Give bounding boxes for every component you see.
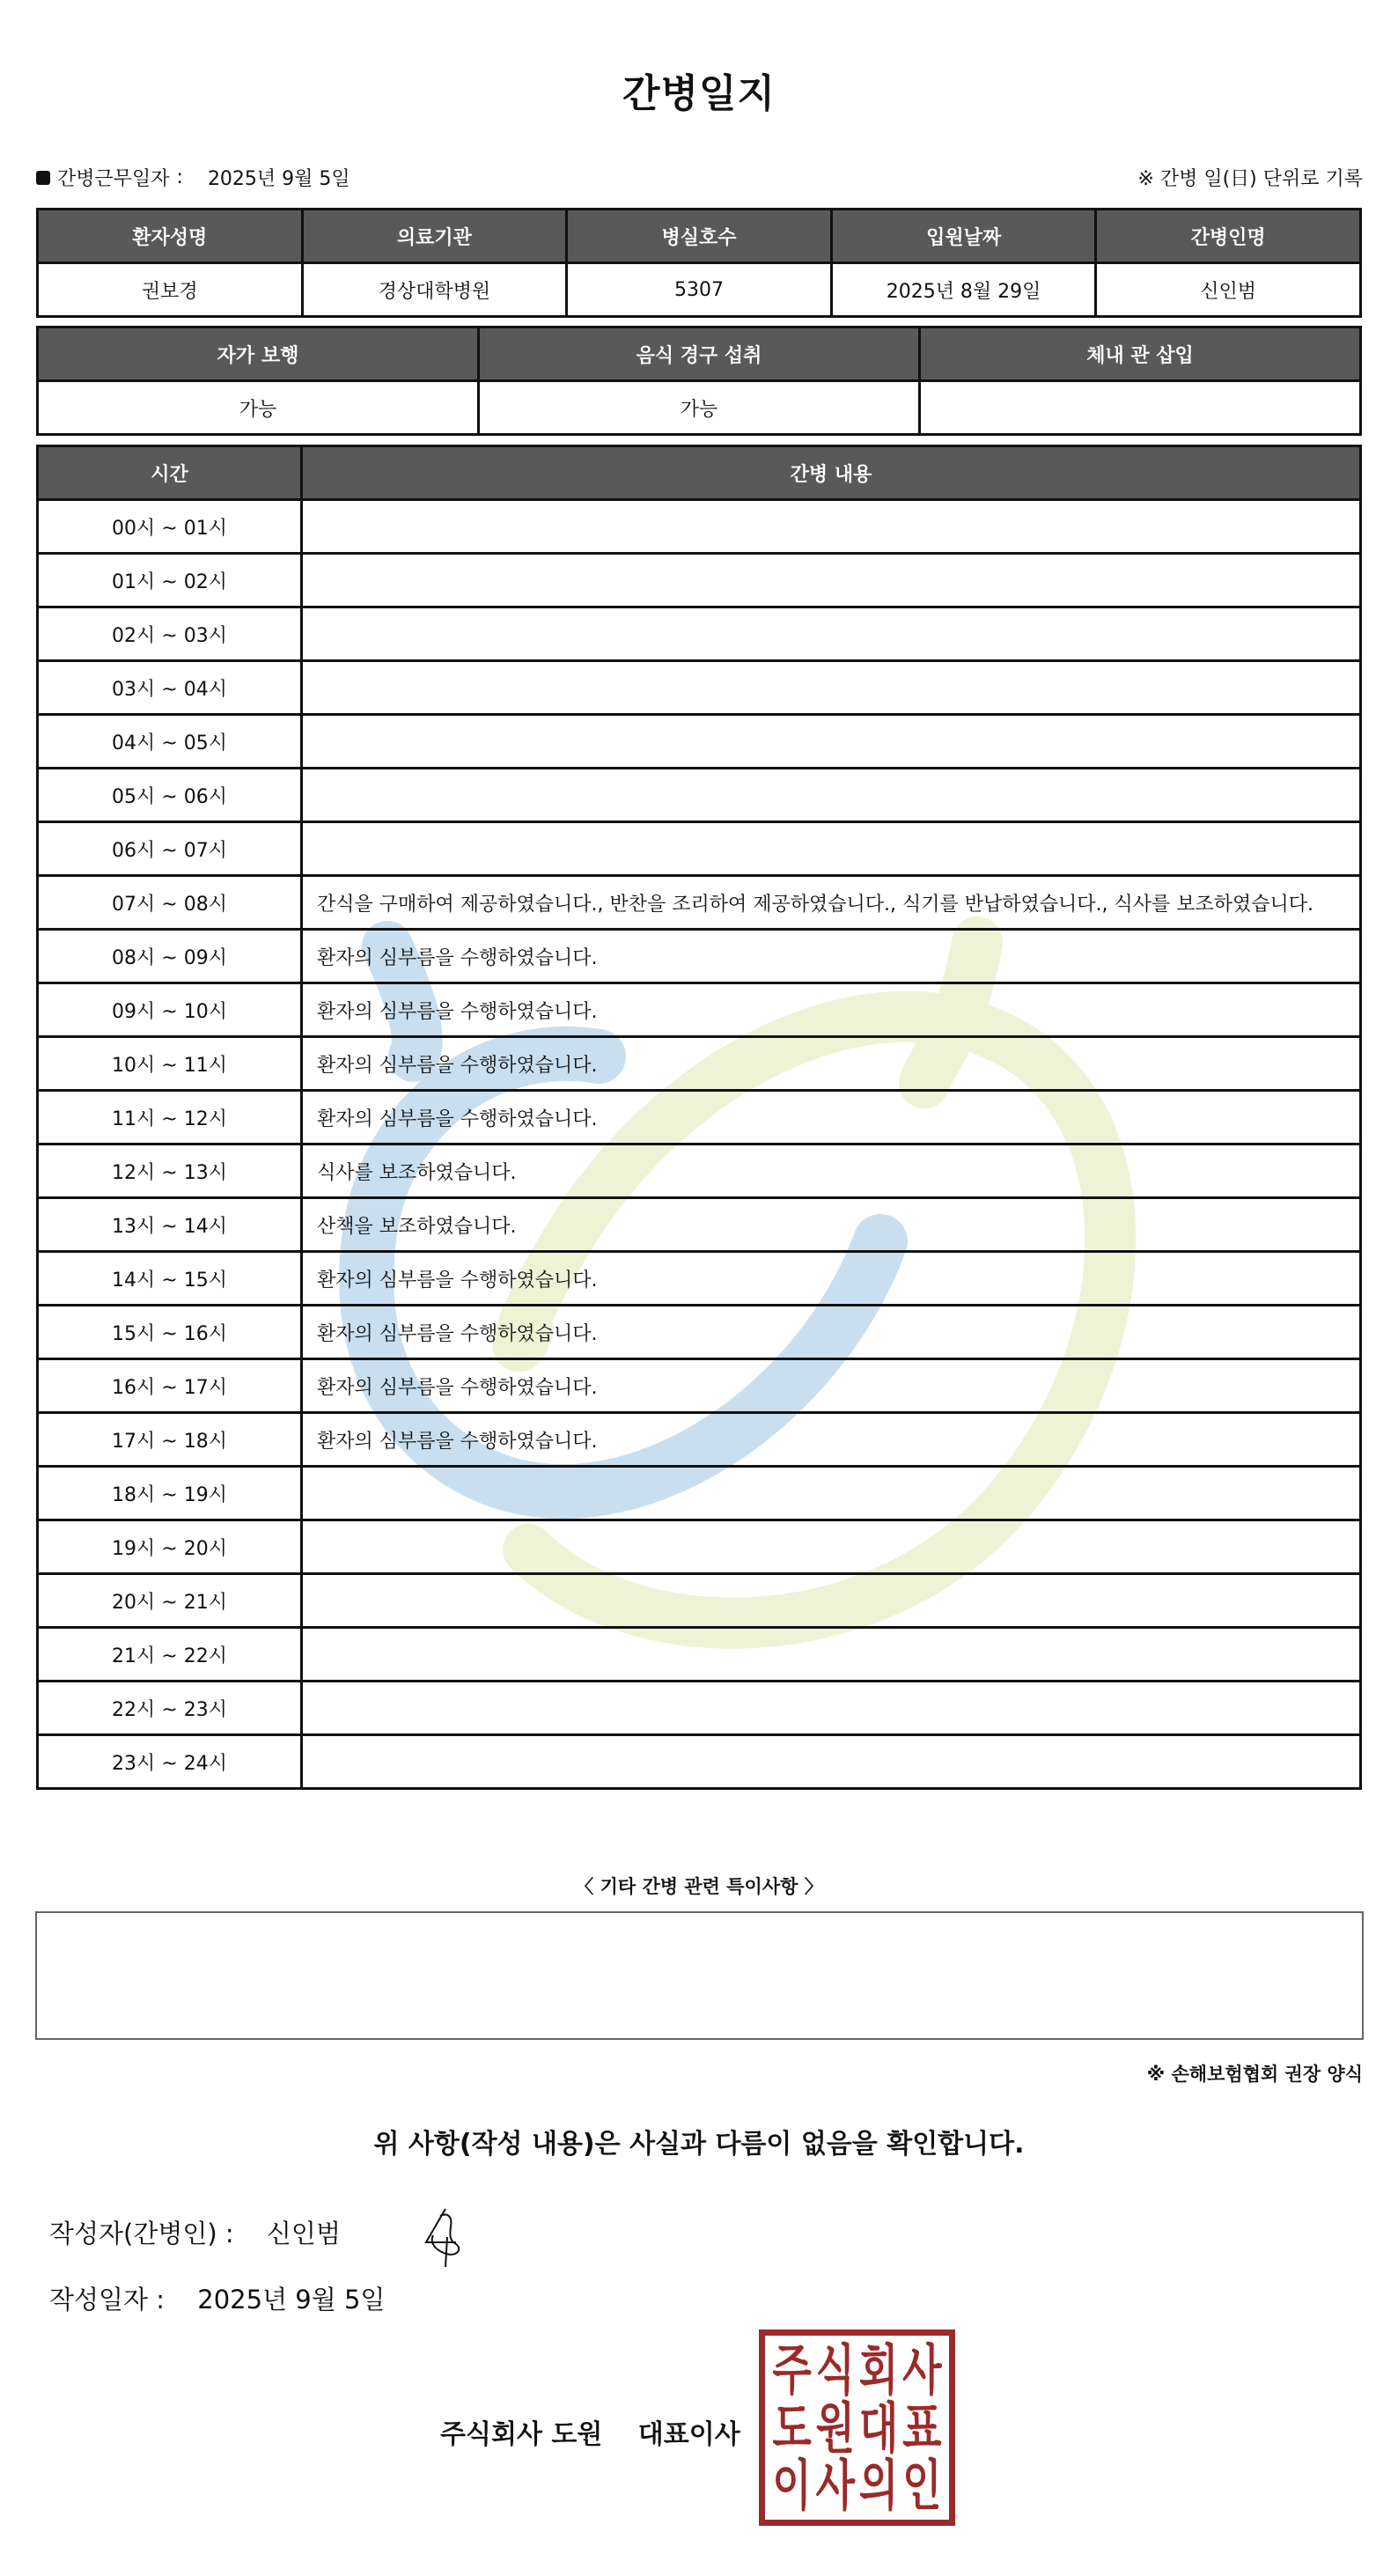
table-row: 06시 ~ 07시	[38, 822, 1361, 876]
header-oral-intake: 음식 경구 섭취	[479, 328, 920, 381]
writer-name: 신인범	[267, 2219, 341, 2248]
care-content: 간식을 구매하여 제공하였습니다., 반찬을 조리하여 제공하였습니다., 식기…	[302, 876, 1361, 930]
care-content: 환자의 심부름을 수행하였습니다.	[302, 1306, 1361, 1359]
write-date-value: 2025년 9월 5일	[197, 2285, 385, 2315]
writer-label: 작성자(간병인) :	[49, 2219, 234, 2248]
work-date-label: 간병근무일자	[57, 164, 170, 191]
time-slot: 05시 ~ 06시	[38, 769, 302, 822]
time-slot: 17시 ~ 18시	[38, 1413, 302, 1467]
patient-info-header-row: 환자성명 의료기관 병실호수 입원날짜 간병인명	[38, 210, 1361, 263]
room-number: 5307	[567, 263, 832, 317]
header-admission-date: 입원날짜	[831, 210, 1096, 263]
care-content: 환자의 심부름을 수행하였습니다.	[302, 1037, 1361, 1091]
table-row: 02시 ~ 03시	[38, 607, 1361, 661]
table-row: 13시 ~ 14시산책을 보조하였습니다.	[38, 1198, 1361, 1252]
care-content	[302, 607, 1361, 661]
care-content: 환자의 심부름을 수행하였습니다.	[302, 1359, 1361, 1413]
table-row: 00시 ~ 01시	[38, 500, 1361, 554]
care-content: 환자의 심부름을 수행하였습니다.	[302, 1413, 1361, 1467]
work-date-value: 2025년 9월 5일	[208, 164, 350, 191]
care-content	[302, 822, 1361, 876]
company-name: 주식회사 도원	[440, 2419, 602, 2450]
patient-name: 권보경	[38, 263, 303, 317]
care-content	[302, 1628, 1361, 1682]
care-content: 환자의 심부름을 수행하였습니다.	[302, 983, 1361, 1037]
recommend-note: ※ 손해보험협회 권장 양식	[1147, 2060, 1363, 2087]
self-walking: 가능	[38, 381, 479, 435]
table-row: 04시 ~ 05시	[38, 715, 1361, 769]
caregiver-name: 신인범	[1096, 263, 1361, 317]
status-header-row: 자가 보행 음식 경구 섭취 체내 관 삽입	[38, 328, 1361, 381]
table-row: 23시 ~ 24시	[38, 1735, 1361, 1789]
company-line: 주식회사 도원 대표이사	[440, 2412, 740, 2451]
time-slot: 19시 ~ 20시	[38, 1520, 302, 1574]
care-log-header-row: 시간 간병 내용	[38, 446, 1361, 500]
table-row: 22시 ~ 23시	[38, 1682, 1361, 1735]
page-title: 간병일지	[0, 62, 1398, 118]
patient-info-value-row: 권보경 경상대학병원 5307 2025년 8월 29일 신인범	[38, 263, 1361, 317]
header-care-content: 간병 내용	[302, 446, 1361, 500]
oral-intake: 가능	[479, 381, 920, 435]
hospital: 경상대학병원	[302, 263, 567, 317]
status-info-table: 자가 보행 음식 경구 섭취 체내 관 삽입 가능 가능	[36, 326, 1362, 436]
table-row: 03시 ~ 04시	[38, 661, 1361, 715]
company-seal-stamp: 주식회사도원대표이사의인	[759, 2329, 955, 2526]
time-slot: 15시 ~ 16시	[38, 1306, 302, 1359]
stamp-char: 사	[813, 2447, 857, 2525]
table-row: 05시 ~ 06시	[38, 769, 1361, 822]
table-row: 09시 ~ 10시환자의 심부름을 수행하였습니다.	[38, 983, 1361, 1037]
header-caregiver-name: 간병인명	[1096, 210, 1361, 263]
care-content: 환자의 심부름을 수행하였습니다.	[302, 1252, 1361, 1306]
write-date-label: 작성일자 :	[49, 2285, 165, 2315]
stamp-char: 이	[770, 2447, 813, 2525]
table-row: 08시 ~ 09시환자의 심부름을 수행하였습니다.	[38, 930, 1361, 983]
care-content	[302, 769, 1361, 822]
time-slot: 09시 ~ 10시	[38, 983, 302, 1037]
care-content	[302, 500, 1361, 554]
header-self-walking: 자가 보행	[38, 328, 479, 381]
header-time: 시간	[38, 446, 302, 500]
time-slot: 18시 ~ 19시	[38, 1467, 302, 1520]
care-content	[302, 554, 1361, 607]
time-slot: 01시 ~ 02시	[38, 554, 302, 607]
header-tube-insertion: 체내 관 삽입	[920, 328, 1361, 381]
time-slot: 00시 ~ 01시	[38, 500, 302, 554]
care-content	[302, 1574, 1361, 1628]
time-slot: 22시 ~ 23시	[38, 1682, 302, 1735]
time-slot: 08시 ~ 09시	[38, 930, 302, 983]
time-slot: 23시 ~ 24시	[38, 1735, 302, 1789]
confirm-statement: 위 사항(작성 내용)은 사실과 다름이 없음을 확인합니다.	[0, 2122, 1398, 2160]
care-content: 환자의 심부름을 수행하였습니다.	[302, 930, 1361, 983]
table-row: 01시 ~ 02시	[38, 554, 1361, 607]
work-date-separator: :	[177, 166, 183, 188]
unit-note: ※ 간병 일(日) 단위로 기록	[1137, 164, 1363, 191]
signature-icon	[421, 2205, 474, 2267]
care-content	[302, 1682, 1361, 1735]
time-slot: 02시 ~ 03시	[38, 607, 302, 661]
care-content	[302, 715, 1361, 769]
time-slot: 16시 ~ 17시	[38, 1359, 302, 1413]
time-slot: 13시 ~ 14시	[38, 1198, 302, 1252]
table-row: 19시 ~ 20시	[38, 1520, 1361, 1574]
header-patient-name: 환자성명	[38, 210, 303, 263]
table-row: 10시 ~ 11시환자의 심부름을 수행하였습니다.	[38, 1037, 1361, 1091]
bullet-square-icon	[36, 171, 50, 185]
admission-date: 2025년 8월 29일	[831, 263, 1096, 317]
time-slot: 04시 ~ 05시	[38, 715, 302, 769]
table-row: 15시 ~ 16시환자의 심부름을 수행하였습니다.	[38, 1306, 1361, 1359]
header-room: 병실호수	[567, 210, 832, 263]
table-row: 11시 ~ 12시환자의 심부름을 수행하였습니다.	[38, 1091, 1361, 1144]
tube-insertion	[920, 381, 1361, 435]
notes-title: 〈 기타 간병 관련 특이사항 〉	[0, 1873, 1398, 1899]
time-slot: 21시 ~ 22시	[38, 1628, 302, 1682]
table-row: 12시 ~ 13시식사를 보조하였습니다.	[38, 1144, 1361, 1198]
table-row: 20시 ~ 21시	[38, 1574, 1361, 1628]
writer: 작성자(간병인) : 신인범	[49, 2214, 341, 2250]
notes-box	[35, 1911, 1364, 2040]
time-slot: 06시 ~ 07시	[38, 822, 302, 876]
table-row: 07시 ~ 08시간식을 구매하여 제공하였습니다., 반찬을 조리하여 제공하…	[38, 876, 1361, 930]
care-content	[302, 1467, 1361, 1520]
time-slot: 12시 ~ 13시	[38, 1144, 302, 1198]
table-row: 14시 ~ 15시환자의 심부름을 수행하였습니다.	[38, 1252, 1361, 1306]
header-hospital: 의료기관	[302, 210, 567, 263]
care-content	[302, 1735, 1361, 1789]
table-row: 18시 ~ 19시	[38, 1467, 1361, 1520]
table-row: 17시 ~ 18시환자의 심부름을 수행하였습니다.	[38, 1413, 1361, 1467]
care-content: 식사를 보조하였습니다.	[302, 1144, 1361, 1198]
time-slot: 07시 ~ 08시	[38, 876, 302, 930]
stamp-char: 인	[901, 2447, 944, 2525]
status-value-row: 가능 가능	[38, 381, 1361, 435]
time-slot: 20시 ~ 21시	[38, 1574, 302, 1628]
care-content: 산책을 보조하였습니다.	[302, 1198, 1361, 1252]
patient-info-table: 환자성명 의료기관 병실호수 입원날짜 간병인명 권보경 경상대학병원 5307…	[36, 208, 1362, 318]
time-slot: 14시 ~ 15시	[38, 1252, 302, 1306]
work-date: 간병근무일자 : 2025년 9월 5일	[36, 164, 350, 191]
care-content	[302, 661, 1361, 715]
time-slot: 03시 ~ 04시	[38, 661, 302, 715]
care-content	[302, 1520, 1361, 1574]
care-log-table: 시간 간병 내용 00시 ~ 01시01시 ~ 02시02시 ~ 03시03시 …	[36, 445, 1362, 1790]
write-date: 작성일자 : 2025년 9월 5일	[49, 2280, 385, 2316]
time-slot: 11시 ~ 12시	[38, 1091, 302, 1144]
table-row: 21시 ~ 22시	[38, 1628, 1361, 1682]
company-representative: 대표이사	[638, 2419, 740, 2450]
stamp-char: 의	[857, 2447, 901, 2525]
care-content: 환자의 심부름을 수행하였습니다.	[302, 1091, 1361, 1144]
time-slot: 10시 ~ 11시	[38, 1037, 302, 1091]
table-row: 16시 ~ 17시환자의 심부름을 수행하였습니다.	[38, 1359, 1361, 1413]
